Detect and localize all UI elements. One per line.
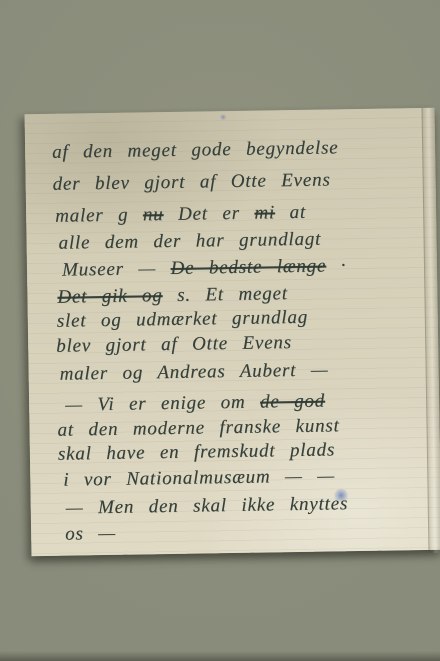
- backdrop-bottom-edge: [0, 651, 440, 661]
- handwriting-segment: maler og Andreas Aubert —: [59, 360, 328, 385]
- handwriting-segment: Det er: [163, 203, 254, 225]
- handwriting-line: skal have en fremskudt plads: [58, 439, 336, 465]
- handwriting-line: maler og Andreas Aubert —: [59, 360, 328, 386]
- handwriting-segment: at: [275, 202, 306, 223]
- handwriting-segment: af den meget gode begyndelse: [52, 137, 339, 162]
- handwriting-segment: i vor Nationalmusæum — —: [63, 465, 335, 490]
- handwriting-line: i vor Nationalmusæum — —: [63, 465, 335, 491]
- handwriting-segment: alle dem der har grundlagt: [58, 229, 321, 254]
- handwriting-segment: s. Et meget: [162, 283, 288, 306]
- manuscript-page: af den meget gode begyndelse der blev gj…: [25, 108, 440, 556]
- handwriting-segment: os —: [65, 523, 116, 545]
- struck-text: De bedste længe: [170, 256, 326, 279]
- handwriting-line: at den moderne franske kunst: [57, 415, 339, 441]
- handwriting-line: — Vi er enige om de god: [65, 391, 325, 417]
- struck-text: nu: [143, 204, 164, 225]
- handwriting-segment: ·: [326, 255, 346, 276]
- photo-canvas: { "photo": { "backdrop_color": "#8a8c7b"…: [0, 0, 440, 661]
- struck-text: mi: [254, 202, 275, 223]
- handwriting-segment: slet og udmærket grundlag: [57, 307, 309, 332]
- handwriting-segment: — Men den skal ikke knyttes: [66, 493, 349, 518]
- handwriting-line: Det gik og s. Et meget: [57, 283, 288, 309]
- handwriting-segment: der blev gjort af Otte Evens: [52, 169, 330, 194]
- handwriting-line: af den meget gode begyndelse: [52, 137, 339, 163]
- struck-text: de god: [260, 391, 325, 413]
- handwriting-segment: — Vi er enige om: [65, 392, 260, 416]
- handwriting-line: blev gjort af Otte Evens: [56, 332, 292, 358]
- handwriting-line: der blev gjort af Otte Evens: [52, 169, 330, 195]
- handwriting-line: Museer — De bedste længe ·: [62, 255, 347, 281]
- handwriting-segment: at den moderne franske kunst: [57, 415, 339, 440]
- handwriting-line: os —: [65, 523, 116, 546]
- handwriting-line: slet og udmærket grundlag: [57, 307, 309, 333]
- struck-text: Det gik og: [57, 285, 162, 308]
- blue-ink-dot: [220, 114, 227, 120]
- handwriting-segment: skal have en fremskudt plads: [58, 439, 336, 464]
- handwriting-line: alle dem der har grundlagt: [58, 229, 321, 255]
- handwriting-segment: blev gjort af Otte Evens: [56, 332, 292, 357]
- handwriting-segment: maler g: [55, 204, 143, 226]
- handwriting-line: — Men den skal ikke knyttes: [66, 493, 349, 519]
- handwriting-segment: Museer —: [62, 258, 171, 281]
- handwriting-line: maler g nu Det er mi at: [55, 202, 306, 228]
